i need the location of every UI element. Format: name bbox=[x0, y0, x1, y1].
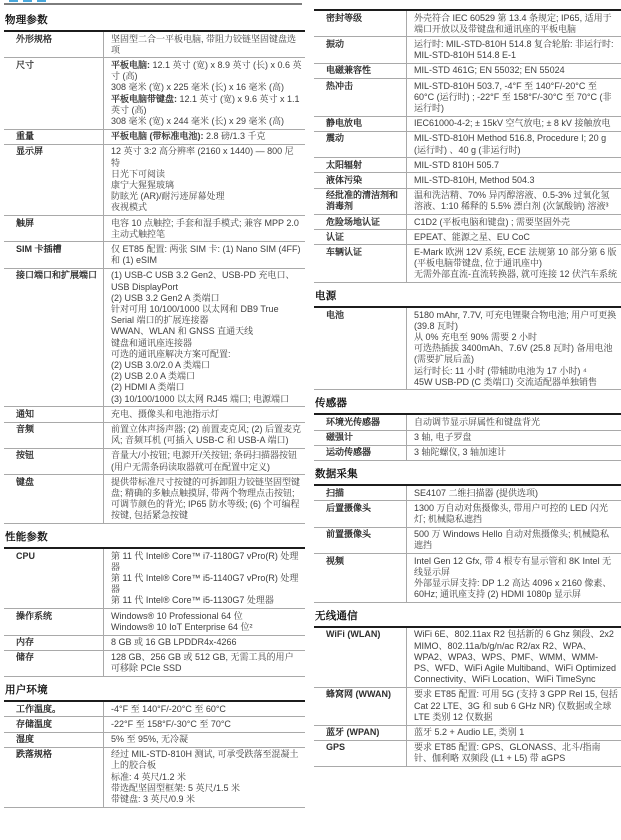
spec-row: 后置摄像头1300 万自动对焦摄像头, 带用户可控的 LED 闪光灯; 机械隐私… bbox=[314, 501, 621, 527]
spec-value: 充电、摄像头和电池指示灯 bbox=[104, 407, 305, 421]
spec-row: 音频前置立体声扬声器; (2) 前置麦克风; (2) 后置麦克风; 音频耳机 (… bbox=[4, 423, 305, 449]
spec-row: 蜂窝网 (WWAN)要求 ET85 配置: 可用 5G (支持 3 GPP Re… bbox=[314, 688, 621, 726]
spec-value: 8 GB 或 16 GB LPDDR4x-4266 bbox=[104, 636, 305, 650]
spec-sheet-page: 物理参数外形规格坚固型二合一平板电脑, 带阻力铰链坚固键盘选项尺寸平板电脑: 1… bbox=[0, 0, 621, 840]
spec-value: 音量大/小按钮; 电源开/关按钮; 条码扫描器按钮 (用户无需条码读取器就可在配… bbox=[104, 449, 305, 474]
spec-row: 密封等级外壳符合 IEC 60529 第 13.4 条规定; IP65, 适用于… bbox=[314, 11, 621, 37]
spec-label: 前置摄像头 bbox=[314, 528, 407, 553]
spec-row: 储存128 GB、256 GB 或 512 GB, 无需工具的用户可移除 PCI… bbox=[4, 651, 305, 677]
spec-row: 通知充电、摄像头和电池指示灯 bbox=[4, 407, 305, 422]
spec-value: 5180 mAhr, 7.7V, 可充电锂聚合物电池; 用户可更换 (39.8 … bbox=[407, 308, 621, 389]
spec-value: Windows® 10 Professional 64 位 Windows® 1… bbox=[104, 609, 305, 634]
spec-value: MIL-STD-810H Method 516.8, Procedure I; … bbox=[407, 132, 621, 157]
spec-label: 车辆认证 bbox=[314, 245, 407, 282]
user-environment-table: 工作温度。-4°F 至 140°F/-20°C 至 60°C存储温度-22°F … bbox=[4, 702, 305, 808]
spec-value: 自动调节显示屏属性和键盘背光 bbox=[407, 415, 621, 429]
section-header-physical-params: 物理参数 bbox=[4, 7, 305, 32]
spec-row: CPU第 11 代 Intel® Core™ i7-1180G7 vPro(R)… bbox=[4, 549, 305, 609]
spec-row: 显示屏12 英寸 3:2 高分辨率 (2160 x 1440) — 800 尼特… bbox=[4, 145, 305, 216]
spec-label: 电磁兼容性 bbox=[314, 64, 407, 78]
spec-row: 车辆认证E-Mark 欧洲 12V 系统, ECE 法规第 10 部分第 6 版… bbox=[314, 245, 621, 283]
section-header-user-environment: 用户环境 bbox=[4, 677, 305, 702]
spec-value: 要求 ET85 配置: 可用 5G (支持 3 GPP Rel 15, 包括 C… bbox=[407, 688, 621, 725]
spec-value: 要求 ET85 配置: GPS、GLONASS、北斗/指南针、伽利略 双频段 (… bbox=[407, 741, 621, 766]
spec-row: 前置摄像头500 万 Windows Hello 自动对焦摄像头; 机械隐私遮挡 bbox=[314, 528, 621, 554]
spec-row: 认证EPEAT、能源之星、EU CoC bbox=[314, 230, 621, 245]
spec-label: 显示屏 bbox=[4, 145, 104, 215]
spec-label: 热冲击 bbox=[314, 79, 407, 116]
spec-value: SE4107 二维扫描器 (提供选项) bbox=[407, 486, 621, 500]
spec-label: 密封等级 bbox=[314, 11, 407, 36]
spec-value: 仅 ET85 配置: 两张 SIM 卡: (1) Nano SIM (4FF) … bbox=[104, 242, 305, 267]
wireless-table: WiFi (WLAN)WiFi 6E、802.11ax R2 包括新的 6 Gh… bbox=[314, 628, 621, 767]
spec-row: 操作系统Windows® 10 Professional 64 位 Window… bbox=[4, 609, 305, 635]
spec-value: -4°F 至 140°F/-20°C 至 60°C bbox=[104, 702, 305, 716]
spec-value: 温和洗洁精、70% 异丙醇溶液、0.5-3% 过氧化氢溶液、1:10 稀释的 5… bbox=[407, 189, 621, 214]
spec-value: 平板电脑 (带标准电池): 2.8 磅/1.3 千克 bbox=[104, 130, 305, 144]
spec-row: 电池5180 mAhr, 7.7V, 可充电锂聚合物电池; 用户可更换 (39.… bbox=[314, 308, 621, 390]
spec-row: 环境光传感器自动调节显示屏属性和键盘背光 bbox=[314, 415, 621, 430]
spec-label: 重量 bbox=[4, 130, 104, 144]
spec-row: WiFi (WLAN)WiFi 6E、802.11ax R2 包括新的 6 Gh… bbox=[314, 628, 621, 688]
spec-row: 键盘提供带标准尺寸按键的可拆卸阻力铰链坚固型键盘; 精确的多触点触摸屏, 带两个… bbox=[4, 475, 305, 524]
spec-value: 128 GB、256 GB 或 512 GB, 无需工具的用户可移除 PCIe … bbox=[104, 651, 305, 676]
spec-label: 视频 bbox=[314, 554, 407, 602]
spec-row: 重量平板电脑 (带标准电池): 2.8 磅/1.3 千克 bbox=[4, 130, 305, 145]
spec-row: 按钮音量大/小按钮; 电源开/关按钮; 条码扫描器按钮 (用户无需条码读取器就可… bbox=[4, 449, 305, 475]
spec-row: 湿度5% 至 95%, 无冷凝 bbox=[4, 733, 305, 748]
spec-row: 静电放电IEC61000-4-2; ± 15kV 空气放电; ± 8 kV 接触… bbox=[314, 117, 621, 132]
spec-value: 电容 10 点触控; 手套和湿手模式; 兼容 MPP 2.0 主动式触控笔 bbox=[104, 216, 305, 241]
spec-row: 磁强计3 轴, 电子罗盘 bbox=[314, 431, 621, 446]
spec-label: 静电放电 bbox=[314, 117, 407, 131]
spec-label: 电池 bbox=[314, 308, 407, 389]
spec-row: 内存8 GB 或 16 GB LPDDR4x-4266 bbox=[4, 636, 305, 651]
spec-value: MIL-STD 810H 505.7 bbox=[407, 158, 621, 172]
data-capture-table: 扫描SE4107 二维扫描器 (提供选项)后置摄像头1300 万自动对焦摄像头,… bbox=[314, 486, 621, 603]
spec-label: 内存 bbox=[4, 636, 104, 650]
spec-value: C1D2 (平板电脑和键盘) ; 需要坚固外壳 bbox=[407, 215, 621, 229]
spec-row: 跌落规格经过 MIL-STD-810H 测试, 可承受跌落至混凝土上的胶合板 标… bbox=[4, 748, 305, 808]
spec-value: IEC61000-4-2; ± 15kV 空气放电; ± 8 kV 接触放电 bbox=[407, 117, 621, 131]
spec-label: 经批准的清洁剂和消毒剂 bbox=[314, 189, 407, 214]
spec-row: 经批准的清洁剂和消毒剂温和洗洁精、70% 异丙醇溶液、0.5-3% 过氧化氢溶液… bbox=[314, 189, 621, 215]
spec-label: 运动传感器 bbox=[314, 446, 407, 460]
spec-row: 太阳辐射MIL-STD 810H 505.7 bbox=[314, 158, 621, 173]
spec-value: (1) USB-C USB 3.2 Gen2、USB-PD 充电口、USB Di… bbox=[104, 269, 305, 406]
spec-value: 运行时: MIL-STD-810H 514.8 复合轮胎: 非运行时: MIL-… bbox=[407, 37, 621, 62]
spec-label: 尺寸 bbox=[4, 58, 104, 128]
spec-label: 跌落规格 bbox=[4, 748, 104, 807]
section-header-power: 电源 bbox=[314, 283, 621, 308]
spec-label: 触屏 bbox=[4, 216, 104, 241]
spec-label: 振动 bbox=[314, 37, 407, 62]
spec-value: 5% 至 95%, 无冷凝 bbox=[104, 733, 305, 747]
spec-label: 认证 bbox=[314, 230, 407, 244]
spec-value: 第 11 代 Intel® Core™ i7-1180G7 vPro(R) 处理… bbox=[104, 549, 305, 608]
spec-row: 蓝牙 (WPAN)蓝牙 5.2 + Audio LE, 类别 1 bbox=[314, 726, 621, 741]
spec-row: 视频Intel Gen 12 Gfx, 带 4 根专有显示管和 8K Intel… bbox=[314, 554, 621, 603]
spec-row: 存储温度-22°F 至 158°F/-30°C 至 70°C bbox=[4, 717, 305, 732]
spec-label: 环境光传感器 bbox=[314, 415, 407, 429]
section-header-sensors: 传感器 bbox=[314, 390, 621, 415]
spec-value: 1300 万自动对焦摄像头, 带用户可控的 LED 闪光灯; 机械隐私遮挡 bbox=[407, 501, 621, 526]
spec-value: E-Mark 欧洲 12V 系统, ECE 法规第 10 部分第 6 版 (平板… bbox=[407, 245, 621, 282]
spec-label: 操作系统 bbox=[4, 609, 104, 634]
spec-value: 外壳符合 IEC 60529 第 13.4 条规定; IP65, 适用于端口开放… bbox=[407, 11, 621, 36]
spec-value: WiFi 6E、802.11ax R2 包括新的 6 Ghz 频段、2x2 MI… bbox=[407, 628, 621, 687]
spec-value: -22°F 至 158°F/-30°C 至 70°C bbox=[104, 717, 305, 731]
spec-label: 工作温度。 bbox=[4, 702, 104, 716]
spec-row: 工作温度。-4°F 至 140°F/-20°C 至 60°C bbox=[4, 702, 305, 717]
spec-label: SIM 卡插槽 bbox=[4, 242, 104, 267]
spec-row: 液体污染MIL-STD-810H, Method 504.3 bbox=[314, 173, 621, 188]
spec-value: 坚固型二合一平板电脑, 带阻力铰链坚固键盘选项 bbox=[104, 32, 305, 57]
spec-row: GPS要求 ET85 配置: GPS、GLONASS、北斗/指南针、伽利略 双频… bbox=[314, 741, 621, 767]
spec-label: 键盘 bbox=[4, 475, 104, 523]
spec-label: 震动 bbox=[314, 132, 407, 157]
spec-label: 外形规格 bbox=[4, 32, 104, 57]
spec-label: 后置摄像头 bbox=[314, 501, 407, 526]
environment-continued-table: 密封等级外壳符合 IEC 60529 第 13.4 条规定; IP65, 适用于… bbox=[314, 9, 621, 283]
spec-column-left: 物理参数外形规格坚固型二合一平板电脑, 带阻力铰链坚固键盘选项尺寸平板电脑: 1… bbox=[4, 0, 305, 808]
spec-value: MIL-STD 461G; EN 55032; EN 55024 bbox=[407, 64, 621, 78]
spec-value: Intel Gen 12 Gfx, 带 4 根专有显示管和 8K Intel 无… bbox=[407, 554, 621, 602]
spec-value: EPEAT、能源之星、EU CoC bbox=[407, 230, 621, 244]
section-header-data-capture: 数据采集 bbox=[314, 461, 621, 486]
spec-value: 12 英寸 3:2 高分辨率 (2160 x 1440) — 800 尼特 日光… bbox=[104, 145, 305, 215]
spec-row: 热冲击MIL-STD-810H 503.7, -4°F 至 140°F/-20°… bbox=[314, 79, 621, 117]
physical-params-table: 外形规格坚固型二合一平板电脑, 带阻力铰链坚固键盘选项尺寸平板电脑: 12.1 … bbox=[4, 32, 305, 524]
spec-label: WiFi (WLAN) bbox=[314, 628, 407, 687]
spec-label: 扫描 bbox=[314, 486, 407, 500]
spec-label: 蜂窝网 (WWAN) bbox=[314, 688, 407, 725]
spec-label: 按钮 bbox=[4, 449, 104, 474]
spec-value: 500 万 Windows Hello 自动对焦摄像头; 机械隐私遮挡 bbox=[407, 528, 621, 553]
sensors-table: 环境光传感器自动调节显示屏属性和键盘背光磁强计3 轴, 电子罗盘运动传感器3 轴… bbox=[314, 415, 621, 461]
spec-row: 危险场地认证C1D2 (平板电脑和键盘) ; 需要坚固外壳 bbox=[314, 215, 621, 230]
spec-label: 液体污染 bbox=[314, 173, 407, 187]
spec-value: 平板电脑: 12.1 英寸 (宽) x 8.9 英寸 (长) x 0.6 英寸 … bbox=[104, 58, 305, 128]
spec-value: 3 轴陀螺仪, 3 轴加速计 bbox=[407, 446, 621, 460]
spec-label: 磁强计 bbox=[314, 431, 407, 445]
spec-value: 提供带标准尺寸按键的可拆卸阻力铰链坚固型键盘; 精确的多触点触摸屏, 带两个物理… bbox=[104, 475, 305, 523]
spec-label: 太阳辐射 bbox=[314, 158, 407, 172]
spec-value: 3 轴, 电子罗盘 bbox=[407, 431, 621, 445]
spec-label: 储存 bbox=[4, 651, 104, 676]
spec-label: 蓝牙 (WPAN) bbox=[314, 726, 407, 740]
spec-row: 运动传感器3 轴陀螺仪, 3 轴加速计 bbox=[314, 446, 621, 461]
spec-label: 危险场地认证 bbox=[314, 215, 407, 229]
spec-label: GPS bbox=[314, 741, 407, 766]
spec-label: 通知 bbox=[4, 407, 104, 421]
spec-row: 震动MIL-STD-810H Method 516.8, Procedure I… bbox=[314, 132, 621, 158]
spec-row: 触屏电容 10 点触控; 手套和湿手模式; 兼容 MPP 2.0 主动式触控笔 bbox=[4, 216, 305, 242]
spec-label: 湿度 bbox=[4, 733, 104, 747]
spec-label: 存储温度 bbox=[4, 717, 104, 731]
spec-label: 音频 bbox=[4, 423, 104, 448]
section-header-performance-params: 性能参数 bbox=[4, 524, 305, 549]
spec-row: 外形规格坚固型二合一平板电脑, 带阻力铰链坚固键盘选项 bbox=[4, 32, 305, 58]
spec-row: SIM 卡插槽仅 ET85 配置: 两张 SIM 卡: (1) Nano SIM… bbox=[4, 242, 305, 268]
spec-value: 前置立体声扬声器; (2) 前置麦克风; (2) 后置麦克风; 音频耳机 (可插… bbox=[104, 423, 305, 448]
performance-params-table: CPU第 11 代 Intel® Core™ i7-1180G7 vPro(R)… bbox=[4, 549, 305, 677]
power-table: 电池5180 mAhr, 7.7V, 可充电锂聚合物电池; 用户可更换 (39.… bbox=[314, 308, 621, 390]
spec-row: 接口端口和扩展端口(1) USB-C USB 3.2 Gen2、USB-PD 充… bbox=[4, 269, 305, 407]
spec-label: CPU bbox=[4, 549, 104, 608]
spec-value: MIL-STD-810H, Method 504.3 bbox=[407, 173, 621, 187]
spec-row: 振动运行时: MIL-STD-810H 514.8 复合轮胎: 非运行时: MI… bbox=[314, 37, 621, 63]
spec-value: 经过 MIL-STD-810H 测试, 可承受跌落至混凝土上的胶合板 标准: 4… bbox=[104, 748, 305, 807]
spec-column-right: 密封等级外壳符合 IEC 60529 第 13.4 条规定; IP65, 适用于… bbox=[314, 0, 621, 767]
spec-row: 扫描SE4107 二维扫描器 (提供选项) bbox=[314, 486, 621, 501]
spec-value: MIL-STD-810H 503.7, -4°F 至 140°F/-20°C 至… bbox=[407, 79, 621, 116]
section-header-wireless: 无线通信 bbox=[314, 603, 621, 628]
spec-value: 蓝牙 5.2 + Audio LE, 类别 1 bbox=[407, 726, 621, 740]
spec-label: 接口端口和扩展端口 bbox=[4, 269, 104, 406]
spec-row: 电磁兼容性MIL-STD 461G; EN 55032; EN 55024 bbox=[314, 64, 621, 79]
spec-row: 尺寸平板电脑: 12.1 英寸 (宽) x 8.9 英寸 (长) x 0.6 英… bbox=[4, 58, 305, 129]
